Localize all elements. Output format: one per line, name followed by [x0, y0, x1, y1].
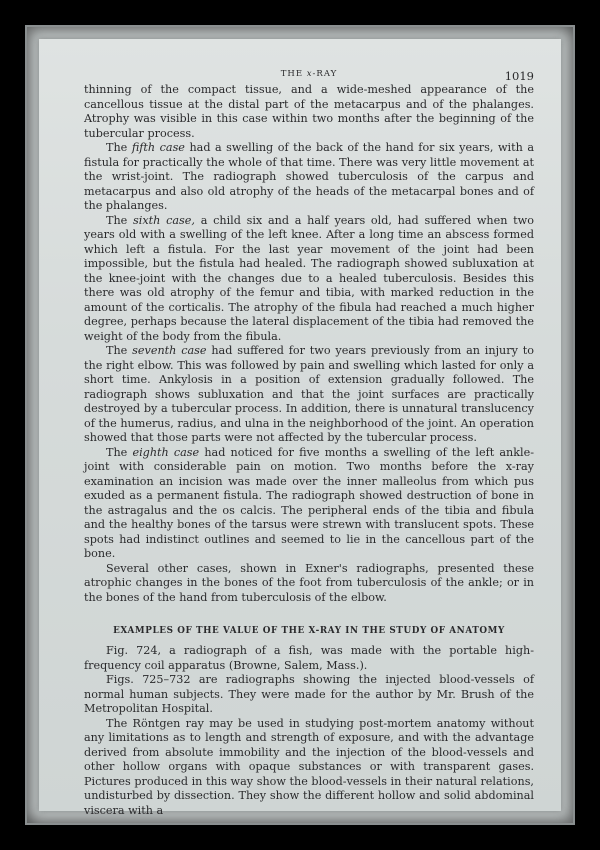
paragraph-rontgen-ray: The Röntgen ray may be used in studying … — [84, 717, 534, 819]
page-text-block: THE x-RAY 1019 thinning of the compact t… — [84, 65, 534, 818]
paragraph-eighth-case: The eighth case had noticed for five mon… — [84, 446, 534, 562]
page-number: 1019 — [505, 67, 534, 85]
paragraph-fifth-case: The fifth case had a swelling of the bac… — [84, 141, 534, 214]
running-head-title: THE x-RAY — [281, 69, 337, 79]
paragraph-other-cases: Several other cases, shown in Exner's ra… — [84, 562, 534, 606]
paragraph-fig-724: Fig. 724, a radiograph of a fish, was ma… — [84, 644, 534, 673]
photo-frame: THE x-RAY 1019 thinning of the compact t… — [25, 25, 575, 825]
section-heading: EXAMPLES OF THE VALUE OF THE X-RAY IN TH… — [84, 626, 534, 636]
running-head: THE x-RAY 1019 — [84, 65, 534, 83]
paragraph-continuation: thinning of the compact tissue, and a wi… — [84, 83, 534, 141]
paragraph-sixth-case: The sixth case, a child six and a half y… — [84, 214, 534, 345]
book-page: THE x-RAY 1019 thinning of the compact t… — [39, 39, 561, 811]
paragraph-seventh-case: The seventh case had suffered for two ye… — [84, 344, 534, 446]
paragraph-figs-725-732: Figs. 725–732 are radiographs showing th… — [84, 673, 534, 717]
